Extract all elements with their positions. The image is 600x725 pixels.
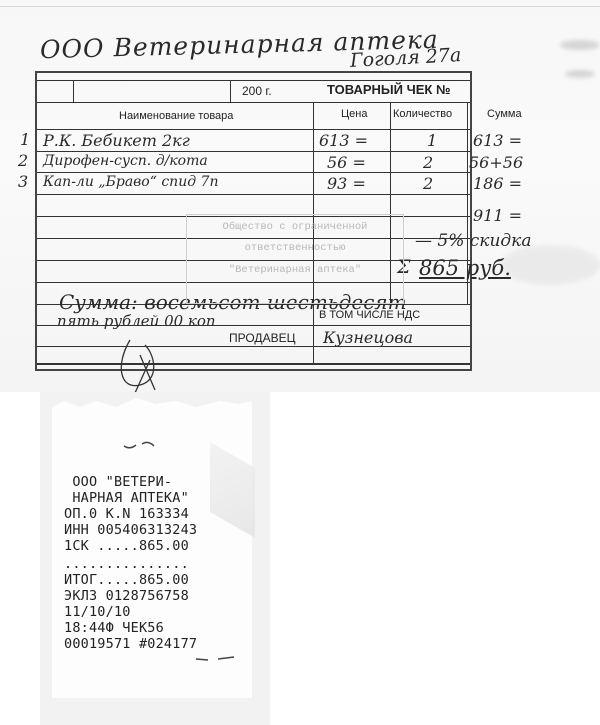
company-stamp: Общество с ограниченной ответственностью… xyxy=(186,214,404,304)
pen-mark xyxy=(122,438,162,452)
stamp-line: Общество с ограниченной xyxy=(187,221,403,233)
receipt-line: 00019571 #024177 xyxy=(64,636,197,652)
grid-line xyxy=(37,151,470,152)
item-name: Кап-ли „Браво“ спид 7п xyxy=(43,174,218,190)
discount-note: — 5% скидка xyxy=(415,231,531,251)
year-label: 200 г. xyxy=(242,84,272,98)
item-qty: 2 xyxy=(423,174,433,193)
subtotal: 911 = xyxy=(473,206,522,225)
signature-mark xyxy=(110,335,170,395)
column-header-sum: Сумма xyxy=(487,108,522,120)
seller-label: ПРОДАВЕЦ xyxy=(229,331,295,345)
scan-smudge xyxy=(500,245,600,285)
row-number: 1 xyxy=(20,130,30,149)
sales-receipt-form-sheet: ООО Ветеринарная аптека Гоголя 27а 200 г… xyxy=(0,0,600,392)
paper-edge xyxy=(0,0,600,7)
item-sum: 186 = xyxy=(473,174,522,193)
item-sum: 613 = xyxy=(473,131,522,150)
column-header-item-name: Наименование товара xyxy=(119,110,233,122)
vat-label: В ТОМ ЧИСЛЕ НДС xyxy=(319,309,420,321)
grid-line xyxy=(37,363,470,365)
receipt-line: ............... xyxy=(64,556,189,572)
total-handwritten: 865 руб. xyxy=(419,256,511,280)
grid-line xyxy=(37,129,470,130)
seller-signature: Кузнецова xyxy=(323,328,413,347)
scan-smudge xyxy=(565,70,595,78)
receipt-line: НАРНАЯ АПТЕКА" xyxy=(64,490,189,506)
receipt-time: 18:44Ф ЧЕК56 xyxy=(64,620,164,636)
cash-register-receipt: ООО "ВЕТЕРИ- НАРНАЯ АПТЕКА" ОП.0 К.N 163… xyxy=(52,398,252,698)
grid-line xyxy=(73,80,74,102)
scan-smudge xyxy=(560,40,600,50)
row-number: 3 xyxy=(18,172,28,191)
column-header-quantity: Количество xyxy=(393,108,452,120)
receipt-title: ТОВАРНЫЙ ЧЕК № xyxy=(327,82,450,97)
handwritten-address: Гоголя 27а xyxy=(350,44,462,72)
pen-mark xyxy=(192,654,242,664)
amount-in-words-line2: пять рублей 00 коп xyxy=(57,312,216,330)
grid-line xyxy=(37,80,470,81)
receipt-line: ЭКЛЗ 0128756758 xyxy=(64,588,189,604)
column-header-price: Цена xyxy=(341,108,367,120)
row-number: 2 xyxy=(18,151,28,170)
item-price: 56 = xyxy=(327,153,366,172)
item-price: 93 = xyxy=(327,174,366,193)
receipt-total-line: ИТОГ.....865.00 xyxy=(64,572,189,588)
receipt-line: ООО "ВЕТЕРИ- xyxy=(64,474,172,490)
receipt-line: ОП.0 К.N 163334 xyxy=(64,506,189,522)
receipt-line: ИНН 005406313243 xyxy=(64,522,197,538)
receipt-line: 1СК .....865.00 xyxy=(64,538,189,554)
grid-line xyxy=(37,172,470,173)
grid-line xyxy=(37,194,470,195)
item-name: Дирофен-сусп. д/кота xyxy=(43,153,208,169)
item-qty: 2 xyxy=(423,153,433,172)
stamp-line: "Ветеринарная аптека" xyxy=(187,264,403,276)
receipt-date: 11/10/10 xyxy=(64,604,131,620)
grid-line xyxy=(230,80,231,102)
item-name: Р.К. Бебикет 2кг xyxy=(43,131,190,150)
item-price: 613 = xyxy=(319,131,368,150)
item-sum: 56+56 xyxy=(469,153,523,172)
stamp-line: ответственностью xyxy=(187,242,403,254)
item-qty: 1 xyxy=(427,131,437,150)
grid-line xyxy=(37,102,470,103)
